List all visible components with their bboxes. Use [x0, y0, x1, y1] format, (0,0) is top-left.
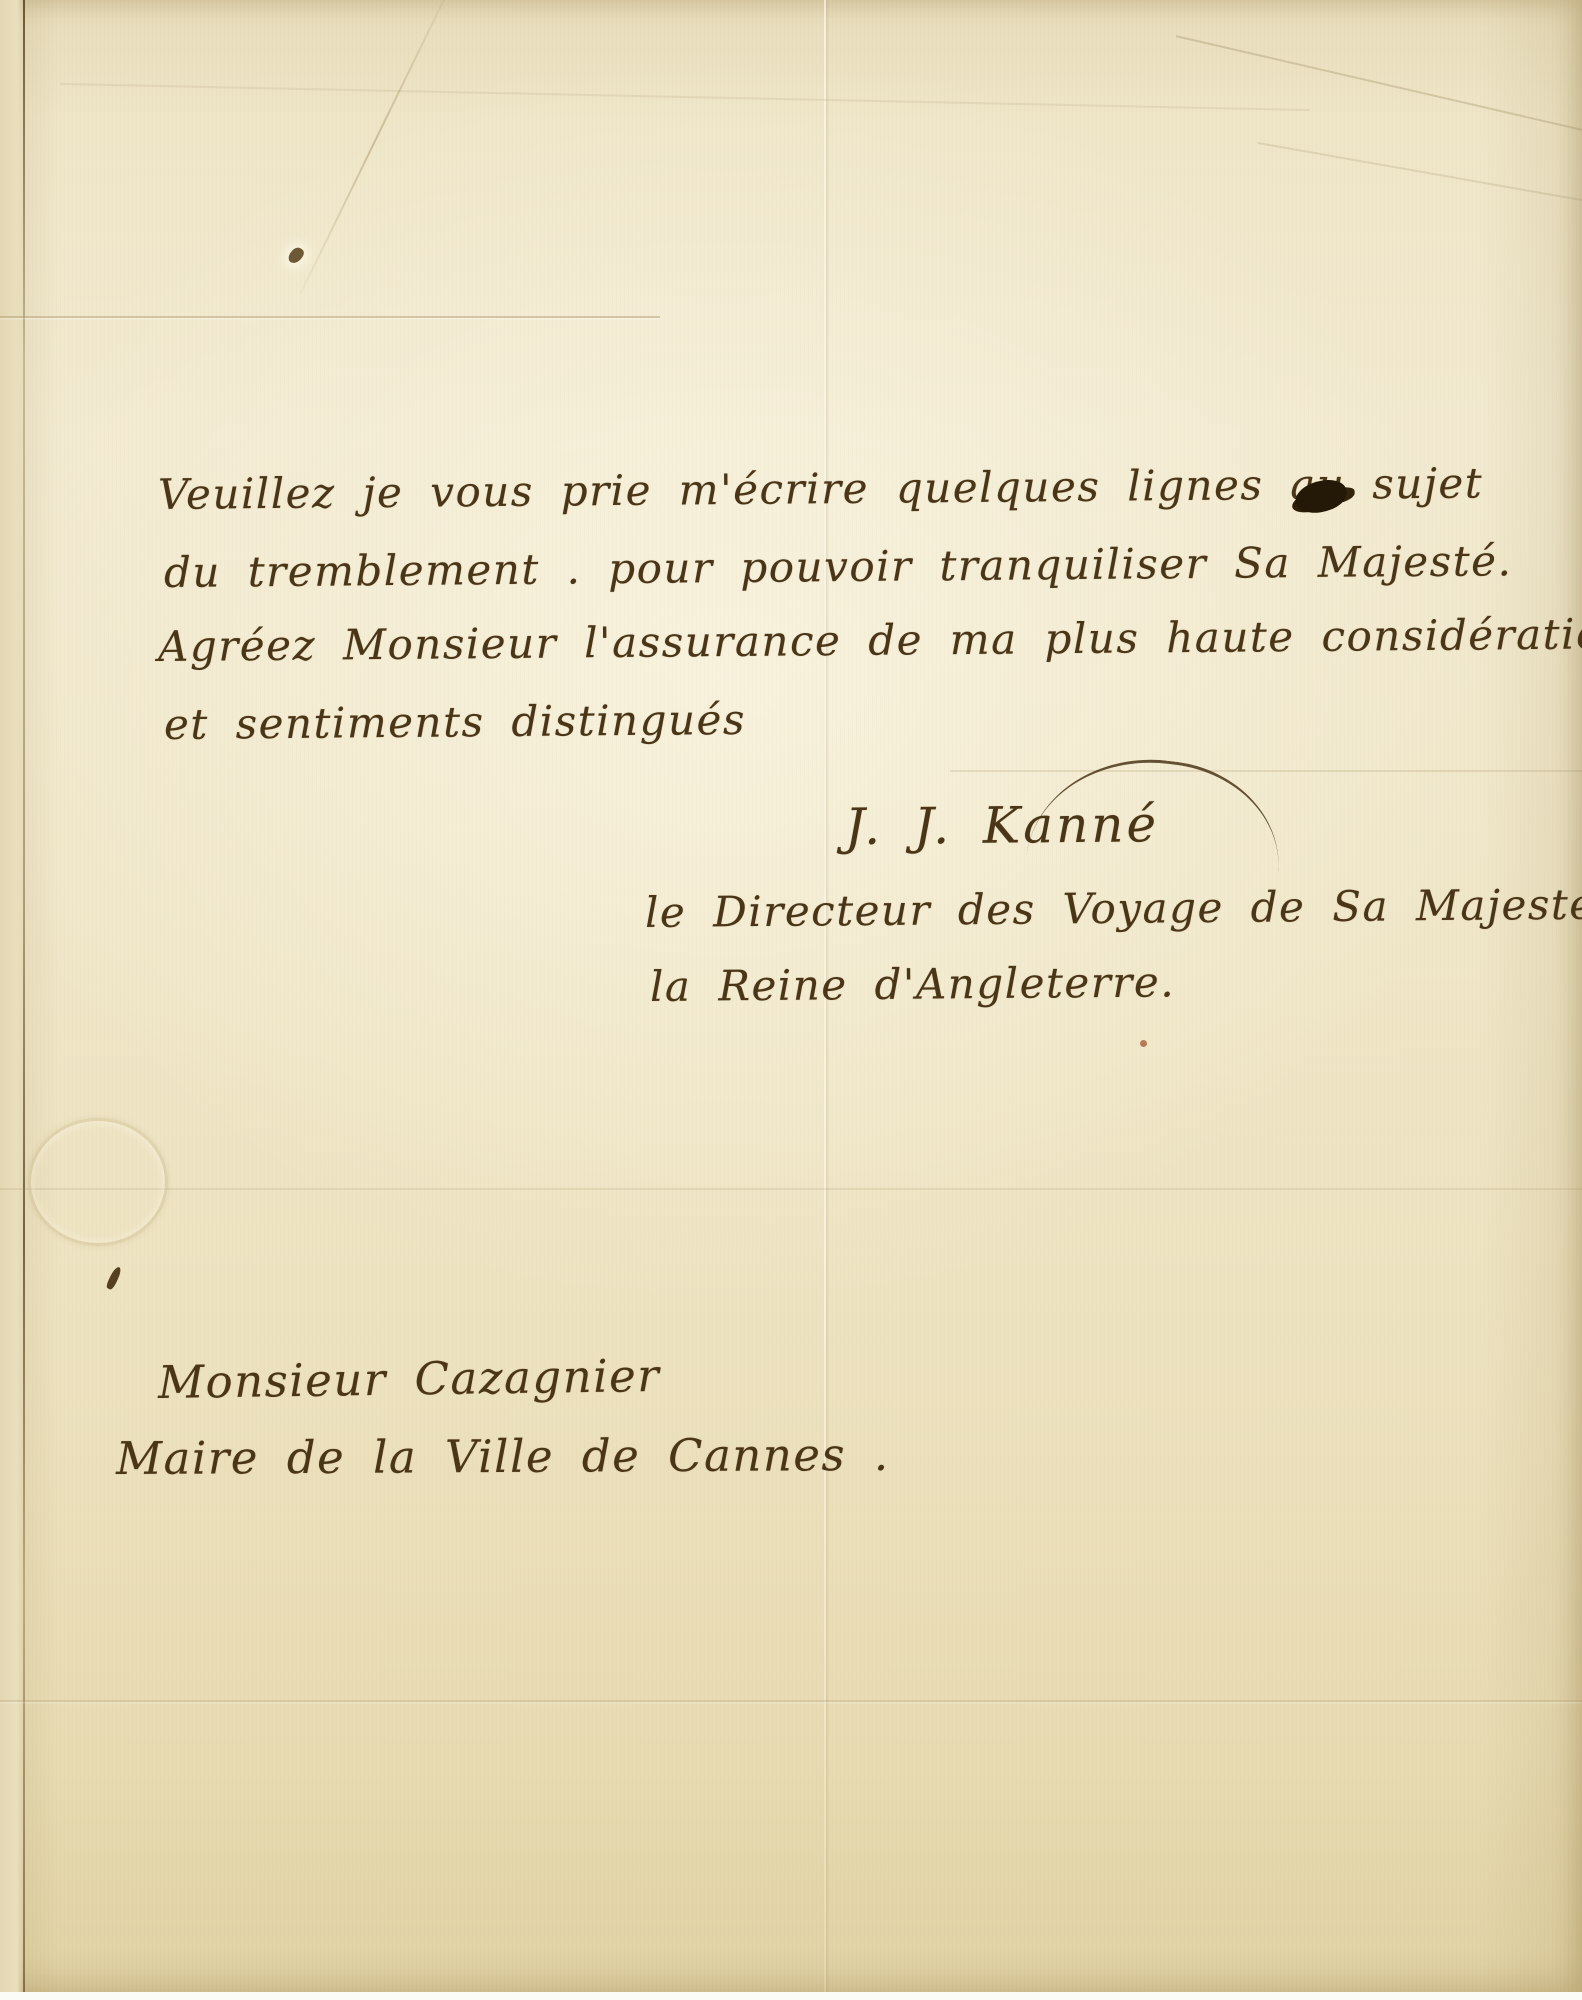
signature: J. J. Kanné [845, 795, 1160, 856]
scanner-background-strip [0, 1992, 1582, 2000]
signature-title-line: la Reine d'Angleterre. [650, 957, 1175, 1011]
paper-left-fold-line [23, 0, 25, 1992]
scanned-letter-page: Veuillez je vous prie m'écrire quelques … [0, 0, 1582, 2000]
recipient-name-line: Monsieur Cazagnier [158, 1349, 661, 1409]
letter-body-line: et sentiments distingués [164, 695, 746, 749]
paper-left-fold [0, 0, 24, 1992]
recipient-title-line: Maire de la Ville de Cannes . [116, 1428, 890, 1485]
signature-title-line: le Directeur des Voyage de Sa Majesté [645, 880, 1582, 937]
